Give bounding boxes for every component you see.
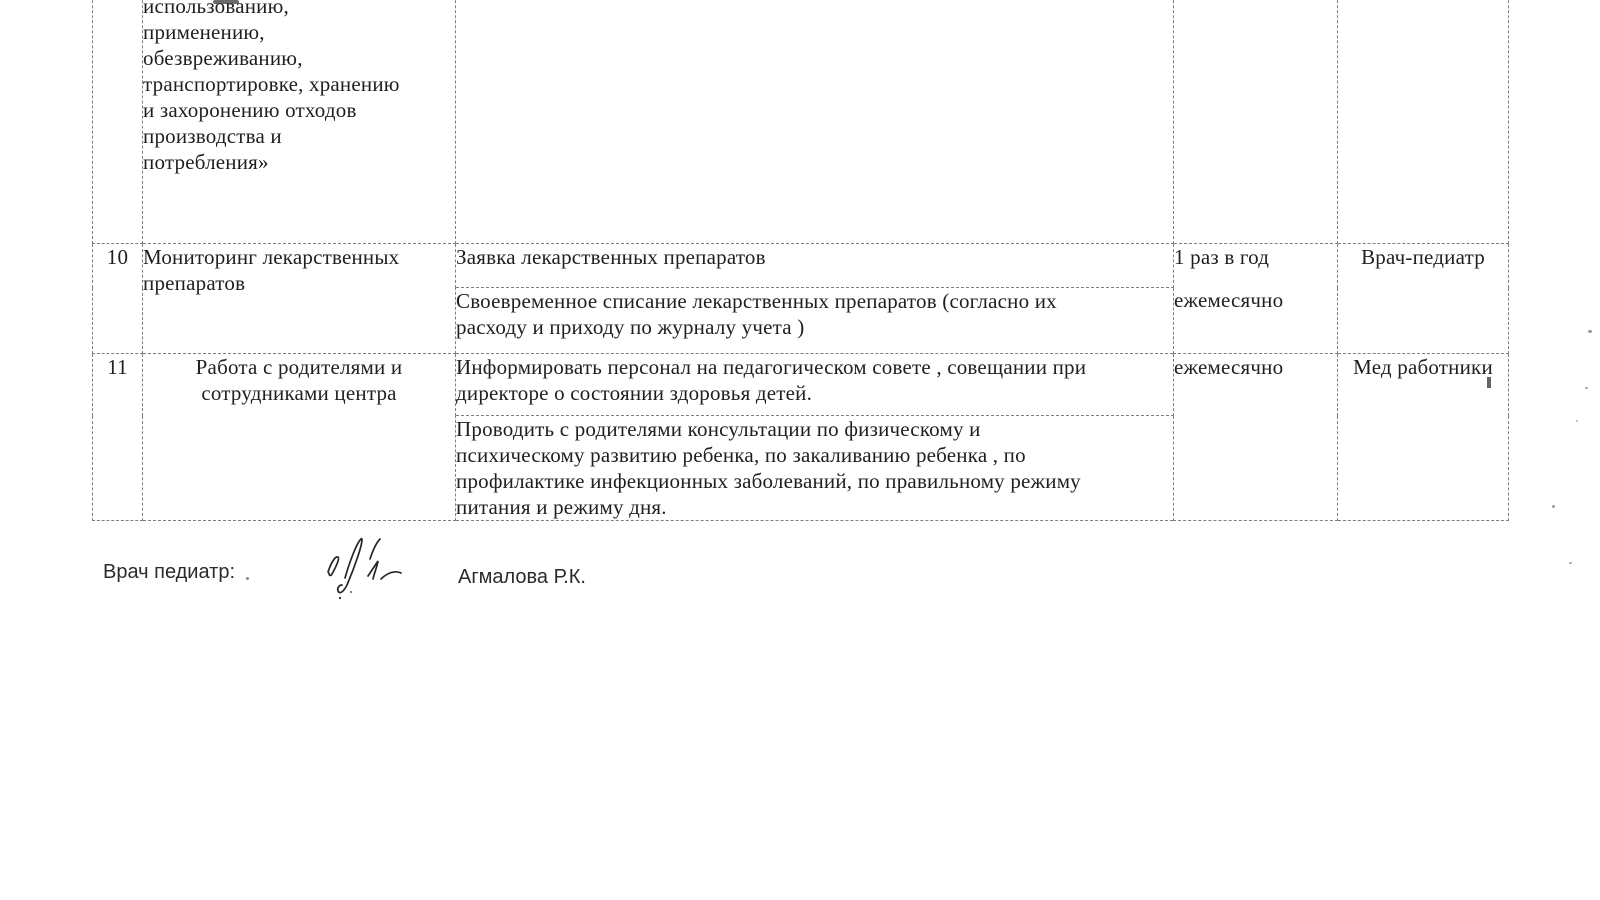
- row10-number-cell: 10: [93, 244, 143, 354]
- row11-responsible-cell: Мед работники: [1338, 354, 1509, 521]
- activity-line: питания и режиму дня.: [456, 494, 1173, 520]
- row10-activity1-cell: Заявка лекарственных препаратов: [456, 244, 1174, 288]
- scan-speck: [1585, 387, 1588, 389]
- scan-speck: [1569, 562, 1572, 564]
- table-row-10a: 10 Мониторинг лекарственных препаратов З…: [93, 244, 1509, 288]
- row11-task-cell: Работа с родителями и сотрудниками центр…: [143, 354, 456, 521]
- row10-task-cell: Мониторинг лекарственных препаратов: [143, 244, 456, 354]
- responsible-text: Врач-педиатр: [1338, 244, 1508, 270]
- activity-line: психическому развитию ребенка, по закали…: [456, 442, 1173, 468]
- frequency-line: ежемесячно: [1174, 287, 1337, 313]
- activity-line: Своевременное списание лекарственных пре…: [456, 288, 1173, 314]
- responsible-text: Мед работники: [1338, 354, 1508, 380]
- activity-line: директоре о состоянии здоровья детей.: [456, 380, 1173, 406]
- handwritten-signature: [318, 532, 410, 602]
- task-line: использованию,: [143, 0, 455, 19]
- activity-line: Информировать персонал на педагогическом…: [456, 354, 1173, 380]
- scanned-document-page: 9 эпидемиологические требования к сбору,…: [0, 0, 1600, 900]
- activity-line: профилактике инфекционных заболеваний, п…: [456, 468, 1173, 494]
- row-number: 11: [93, 354, 142, 380]
- scan-speck: [246, 577, 249, 580]
- row9-task-cell: эпидемиологические требования к сбору, и…: [143, 0, 456, 244]
- scan-speck: [1576, 420, 1578, 422]
- activity-line: Проводить с родителями консультации по ф…: [456, 416, 1173, 442]
- frequency-line: ежемесячно: [1174, 354, 1337, 380]
- task-line: сотрудниками центра: [143, 380, 455, 406]
- row9-number-cell: 9: [93, 0, 143, 244]
- scan-speck: [1588, 330, 1592, 333]
- signature-role-label: Врач педиатр:: [103, 561, 235, 584]
- activity-line: Заявка лекарственных препаратов: [456, 244, 1173, 270]
- row11-activity1-cell: Информировать персонал на педагогическом…: [456, 354, 1174, 416]
- scan-speck: [1487, 377, 1491, 388]
- row10-activity2-cell: Своевременное списание лекарственных пре…: [456, 288, 1174, 354]
- task-line: Работа с родителями и: [143, 354, 455, 380]
- row9-activity-cell: Своевременная утилизация медицинских отх…: [456, 0, 1174, 244]
- task-line: Мониторинг лекарственных: [143, 244, 455, 270]
- task-line: и захоронению отходов: [143, 97, 455, 123]
- row9-frequency-cell: 1 раз в квартал: [1174, 0, 1338, 244]
- task-line: препаратов: [143, 270, 455, 296]
- row10-responsible-cell: Врач-педиатр: [1338, 244, 1509, 354]
- activity-line: расходу и приходу по журналу учета ): [456, 314, 1173, 340]
- task-line: потребления»: [143, 149, 455, 175]
- row10-frequency-cell: 1 раз в год ежемесячно: [1174, 244, 1338, 354]
- scan-speck: [1552, 505, 1555, 508]
- task-line: производства и: [143, 123, 455, 149]
- row9-responsible-cell: Мед работники: [1338, 0, 1509, 244]
- row11-frequency-cell: ежемесячно: [1174, 354, 1338, 521]
- task-line: обезвреживанию,: [143, 45, 455, 71]
- task-line: транспортировке, хранению: [143, 71, 455, 97]
- task-line: применению,: [143, 19, 455, 45]
- row-number: 10: [93, 244, 142, 270]
- row11-number-cell: 11: [93, 354, 143, 521]
- signature-name: Агмалова Р.К.: [458, 566, 586, 589]
- table-row-11a: 11 Работа с родителями и сотрудниками це…: [93, 354, 1509, 416]
- table-row-9: 9 эпидемиологические требования к сбору,…: [93, 0, 1509, 244]
- row11-activity2-cell: Проводить с родителями консультации по ф…: [456, 416, 1174, 521]
- frequency-line: 1 раз в год: [1174, 244, 1337, 270]
- work-plan-table: 9 эпидемиологические требования к сбору,…: [92, 0, 1509, 521]
